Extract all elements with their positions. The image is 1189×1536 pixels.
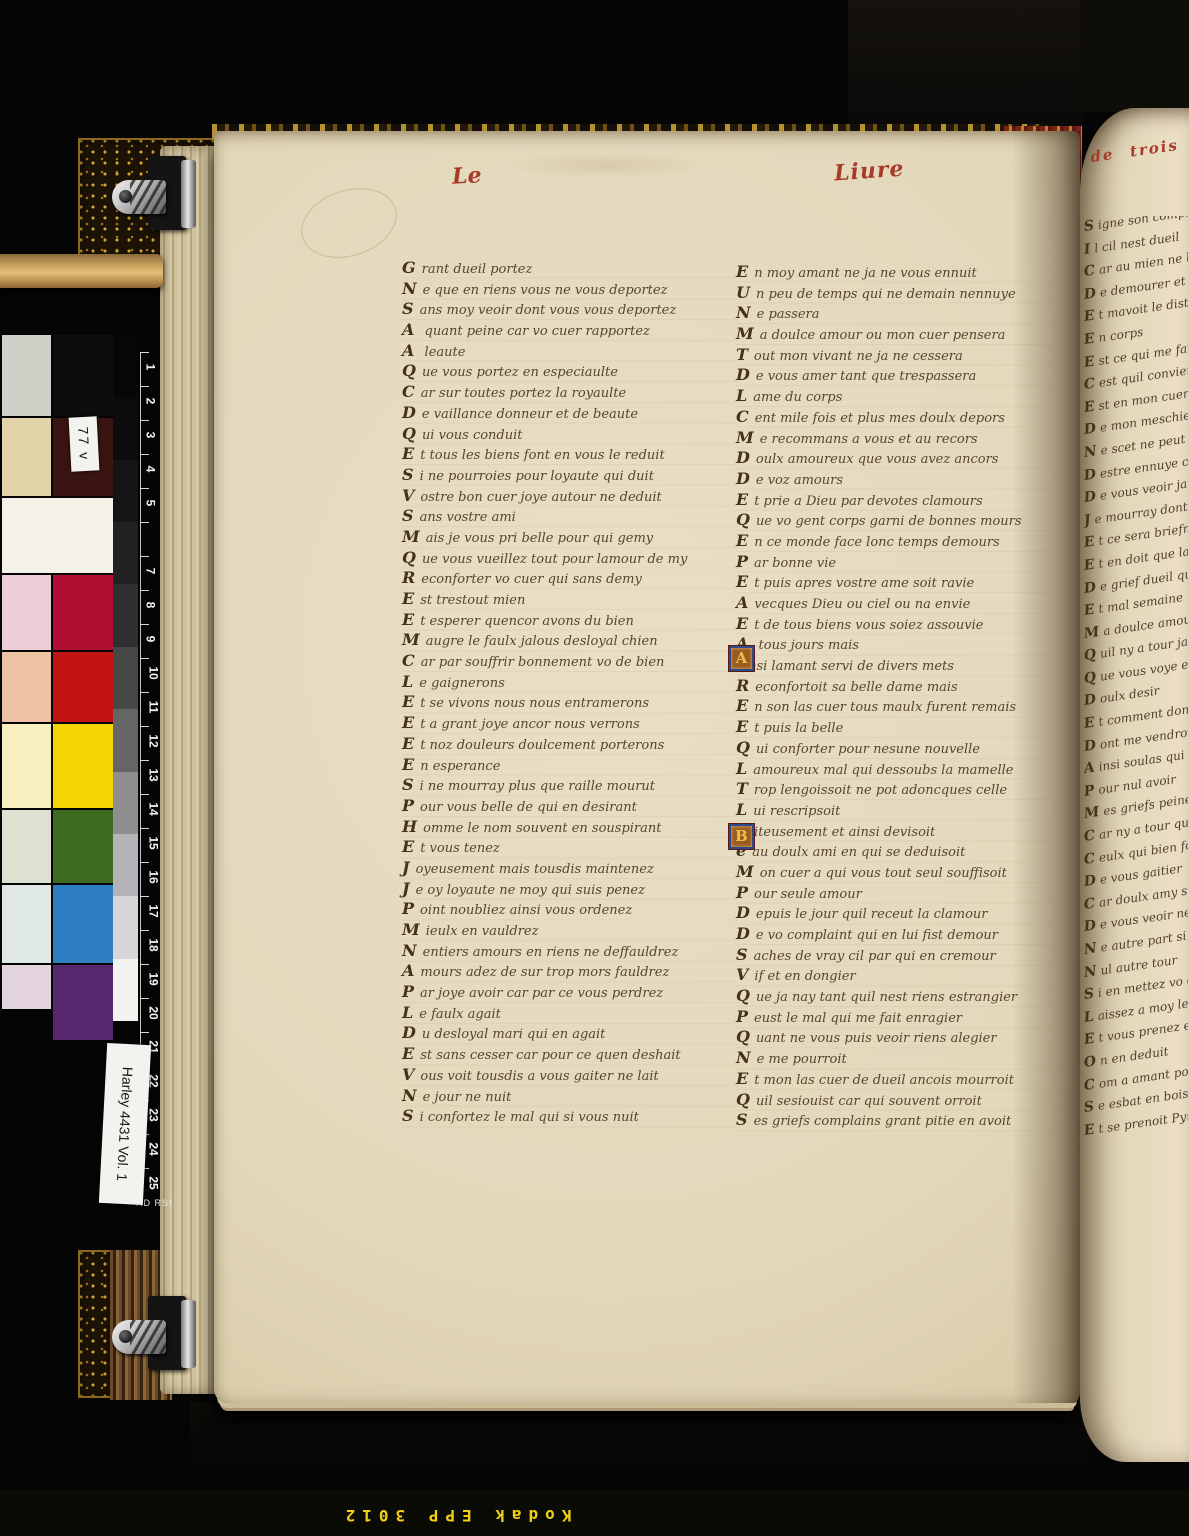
verse-line: Lamoureux mal qui dessoubs la mamelle [736,759,1072,780]
patch-row [2,498,113,573]
ruler-number: 23 [147,1108,161,1121]
ruler-tick [140,658,149,659]
page-clip-bottom [112,1296,202,1372]
verse-line: Car sur toutes portez la royaulte [402,382,738,403]
verse-line: Et se vivons nous nous entramerons [402,692,738,713]
color-patch [2,724,51,808]
ruler-tick [140,760,149,761]
verse-line: En moy amant ne ja ne vous ennuit [736,262,1072,283]
verse-line: Que vo gent corps garni de bonnes mours [736,510,1072,531]
ruler-number: 8 [143,602,157,609]
color-patch [2,335,51,416]
gray-step [113,772,138,834]
verse-line: Un peu de temps qui ne demain nennuye [736,283,1072,304]
verse-line: Le gaignerons [402,672,738,693]
shelfmark-label: Harley 4431 Vol. 1 [99,1043,151,1205]
ruler-tick [140,930,149,931]
illuminated-initial-B: B [729,824,754,849]
verse-line: Quil sesiouist car qui souvent orroit [736,1090,1072,1111]
ruler-tick [140,692,149,693]
page-clip-top [112,156,202,232]
ruler-cell: 19 [141,964,169,998]
verse-line: Le faulx agait [402,1003,738,1024]
folio-number-label: 77 v [69,416,100,471]
verse-line: Qui vous conduit [402,424,738,445]
verse-line: Est sans cesser car pour ce quen deshait [402,1044,738,1065]
ruler-cell: 5 [141,488,169,522]
felt-background-bottom [190,1402,1090,1472]
illuminated-initial-A: A [729,646,754,671]
running-title-verso-left: Le [451,162,482,190]
patch-row [2,335,113,416]
verse-line: Nentiers amours en riens ne deffauldrez [402,941,738,962]
verse-line: Homme le nom souvent en souspirant [402,817,738,838]
color-patch [53,810,113,883]
patch-row [2,575,113,650]
ruler-number: 14 [147,802,161,815]
color-patch [2,810,51,883]
verse-line: Que vous vueillez tout pour lamour de my [402,548,738,569]
ruler-tick [140,352,149,353]
ruler-number: 12 [147,734,161,747]
verse-line: Je oy loyaute ne moy qui suis penez [402,879,738,900]
color-patch [2,885,51,963]
ruler-cell: 8 [141,590,169,624]
running-title-verso-right: Liure [833,156,905,187]
ruler-number: 10 [147,666,161,679]
ruler-tick [140,556,149,557]
color-patch [2,575,51,650]
gray-step [113,584,138,646]
verse-line: Point noubliez ainsi vous ordenez [402,899,738,920]
color-patch [53,724,113,808]
ruler-cell: 14 [141,794,169,828]
grayscale-step-wedge [113,335,138,1021]
ruler-tick [140,590,149,591]
color-patch [53,652,113,722]
verse-line: Et prie a Dieu par devotes clamours [736,490,1072,511]
ruler-tick [140,454,149,455]
verse-line: Si confortez le mal qui si vous nuit [402,1106,738,1127]
felt-background-right [1080,0,1189,112]
verse-line: Piteusement et ainsi devisoit [736,821,1072,842]
verse-line: Car par souffrir bonnement vo de bien [402,651,738,672]
ruler-cell [141,522,169,556]
ruler-number: 20 [147,1006,161,1019]
verse-line: En son las cuer tous maulx furent remais [736,696,1072,717]
running-title-recto-word-1: de [1089,145,1115,166]
verse-line: Et vous tenez [402,837,738,858]
ruler-cell: 1 [141,352,169,386]
ruler-tick [140,488,149,489]
ruler-cell: 12 [141,726,169,760]
verse-line: De voz amours [736,469,1072,490]
verse-line: Ne passera [736,303,1072,324]
verse-line: Que vous portez en especiaulte [402,361,738,382]
ruler-tick [140,1032,149,1033]
ruler-tick [140,386,149,387]
patch-row [2,965,113,1040]
ruler-number: 18 [147,938,161,951]
clip-hole [119,190,132,203]
verse-line: Ma doulce amour ou mon cuer pensera [736,324,1072,345]
color-patch [53,885,113,963]
ruler-cell: 25 [141,1168,169,1202]
ruler-tick [140,522,149,523]
clip-hole [119,1330,132,1343]
ruler-tick [140,896,149,897]
color-patch [53,965,113,1040]
ruler-cell: 20 [141,998,169,1032]
gray-step [113,522,138,584]
ruler-number: 13 [147,768,161,781]
verse-line: Mon cuer a qui vous tout seul souffisoit [736,862,1072,883]
gold-tooled-cover-bottom [78,1250,114,1398]
verse-line: eau doulx ami en qui se deduisoit [736,841,1072,862]
patch-row [2,810,113,883]
verse-line: Et puis la belle [736,717,1072,738]
verse-line: Pour vous belle de qui en desirant [402,796,738,817]
verse-column-left: Grant dueil portezNe que en riens vous n… [402,258,738,1130]
verse-line: Tout mon vivant ne ja ne cessera [736,345,1072,366]
color-patch [53,575,113,650]
ruler-number: 19 [147,972,161,985]
verse-line: Doulx amoureux que vous avez ancors [736,448,1072,469]
ruler-tick [140,964,149,965]
verse-line: A quant peine car vo cuer rapportez [402,320,738,341]
verse-line: Vostre bon cuer joye autour ne deduit [402,486,738,507]
recto-verse-column: Signe son complaint gistIl cil nest duei… [1084,216,1188,1151]
ruler-cell: 10 [141,658,169,692]
ruler-number: 9 [143,636,157,643]
verse-line: Et puis apres vostre ame soit ravie [736,572,1072,593]
clip-bar [181,160,196,228]
ruler-cell: 15 [141,828,169,862]
ruler-cell: 9 [141,624,169,658]
verse-line: Que ja nay tant quil nest riens estrangi… [736,986,1072,1007]
photograph-stage: Le Liure de trois Grant dueil portezNe q… [0,0,1189,1536]
verse-line: En ce monde face lonc temps demours [736,531,1072,552]
patch-row [2,652,113,722]
gray-step [113,397,138,459]
verse-line: insi lamant servi de divers mets [736,655,1072,676]
verse-line: Cent mile fois et plus mes doulx depors [736,407,1072,428]
color-patch-white [2,498,113,573]
verse-line: Et tous les biens font en vous le reduit [402,444,738,465]
verse-line: Est trestout mien [402,589,738,610]
patch-row [2,885,113,963]
ink-showthrough-smudge [505,152,705,178]
verse-line: Ne que en riens vous ne vous deportez [402,279,738,300]
ruler-number: 16 [147,870,161,883]
verse-line: Sans vostre ami [402,506,738,527]
ruler-cell: 16 [141,862,169,896]
verse-line: Trop lengoissoit ne pot adoncques celle [736,779,1072,800]
ruler-number: 2 [143,398,157,405]
verse-line: Ne jour ne nuit [402,1086,738,1107]
verse-line: En esperance [402,755,738,776]
ruler-number: 5 [143,500,157,507]
ruler-tick [140,828,149,829]
verse-line: Et noz douleurs doulcement porterons [402,734,738,755]
verse-line: Sans moy veoir dont vous vous deportez [402,299,738,320]
verse-line: Et esperer quencor avons du bien [402,610,738,631]
ruler-number: 11 [146,701,160,714]
gray-step [113,709,138,771]
verse-line: Avecques Dieu ou ciel ou na envie [736,593,1072,614]
verse-line: Pour seule amour [736,883,1072,904]
ruler-cell: 13 [141,760,169,794]
color-patch [2,652,51,722]
ruler-tick [140,726,149,727]
verse-line: Reconfortoit sa belle dame mais [736,676,1072,697]
ruler-number: 24 [147,1142,161,1155]
ruler-tick [140,862,149,863]
ruler-cell: 4 [141,454,169,488]
verse-line: Si ne mourray plus que raille mourut [402,775,738,796]
verse-line: Si ne pourroies pour loyaute qui duit [402,465,738,486]
verse-line: Mieulx en vauldrez [402,920,738,941]
verse-line: Lame du corps [736,386,1072,407]
ruler-tick [140,624,149,625]
gray-step [113,896,138,958]
patch-row [2,724,113,808]
verse-line: Mais je vous pri belle pour qui gemy [402,527,738,548]
verse-line: Me recommans a vous et au recors [736,428,1072,449]
ruler-cell: 7 [141,556,169,590]
verse-line: Ses griefs complains grant pitie en avoi… [736,1110,1072,1131]
felt-background-top [848,0,1084,138]
verse-line: Depuis le jour quil receut la clamour [736,903,1072,924]
wooden-support-stick [0,254,163,288]
gray-step [113,460,138,522]
verse-line: Et de tous biens vous soiez assouvie [736,614,1072,635]
ruler-cell: 11 [141,692,169,726]
verse-line: Par joye avoir car par ce vous perdrez [402,982,738,1003]
verse-line: Vous voit tousdis a vous gaiter ne lait [402,1065,738,1086]
ruler-tick [140,998,149,999]
verse-line: De vo complaint qui en lui fist demour [736,924,1072,945]
color-patch [2,965,51,1009]
verse-line: Maugre le faulx jalous desloyal chien [402,630,738,651]
gray-step [113,959,138,1021]
verse-line: Amours adez de sur trop mors fauldrez [402,961,738,982]
gray-step [113,335,138,397]
clip-bar [181,1300,196,1368]
verse-line: Et mon las cuer de dueil ancois mourroit [736,1069,1072,1090]
ruler-number: 15 [147,836,161,849]
verse-line: Par bonne vie [736,552,1072,573]
color-patch [2,418,51,496]
ruler-number: 4 [143,466,157,473]
verse-line: A tous jours mais [736,634,1072,655]
ruler-cell: 18 [141,930,169,964]
verse-line: Vif et en dongier [736,965,1072,986]
verse-line: Quant ne vous puis veoir riens alegier [736,1027,1072,1048]
gray-step [113,834,138,896]
gray-step [113,647,138,709]
verse-line: Qui conforter pour nesune nouvelle [736,738,1072,759]
verse-line: Lui rescripsoit [736,800,1072,821]
ruler-number: 1 [143,364,157,371]
verse-line: Ne me pourroit [736,1048,1072,1069]
ruler-tick [140,420,149,421]
verse-line: De vous amer tant que trespassera [736,365,1072,386]
verse-column-right: En moy amant ne ja ne vous ennuitUn peu … [736,262,1072,1134]
ruler-cell: 3 [141,420,169,454]
verse-line: Et a grant joye ancor nous verrons [402,713,738,734]
verse-line: A leaute [402,341,738,362]
verse-line: Reconforter vo cuer qui sans demy [402,568,738,589]
verse-line: Du desloyal mari qui en agait [402,1023,738,1044]
verse-line: De vaillance donneur et de beaute [402,403,738,424]
ruler-number: 3 [143,432,157,439]
verse-line: Saches de vray cil par qui en cremour [736,945,1072,966]
ruler-number: 7 [143,568,157,575]
ruler-number: 17 [147,904,161,917]
ruler-cell: 2 [141,386,169,420]
ruler-cell: 17 [141,896,169,930]
verse-line: Joyeusement mais tousdis maintenez [402,858,738,879]
verse-line: Peust le mal qui me fait enragier [736,1007,1072,1028]
ruler-tick [140,794,149,795]
film-edge-text: Kodak EPP 3012 [305,1506,605,1525]
color-patch [53,335,113,416]
verse-line: Grant dueil portez [402,258,738,279]
ruler-number: 25 [147,1176,161,1189]
